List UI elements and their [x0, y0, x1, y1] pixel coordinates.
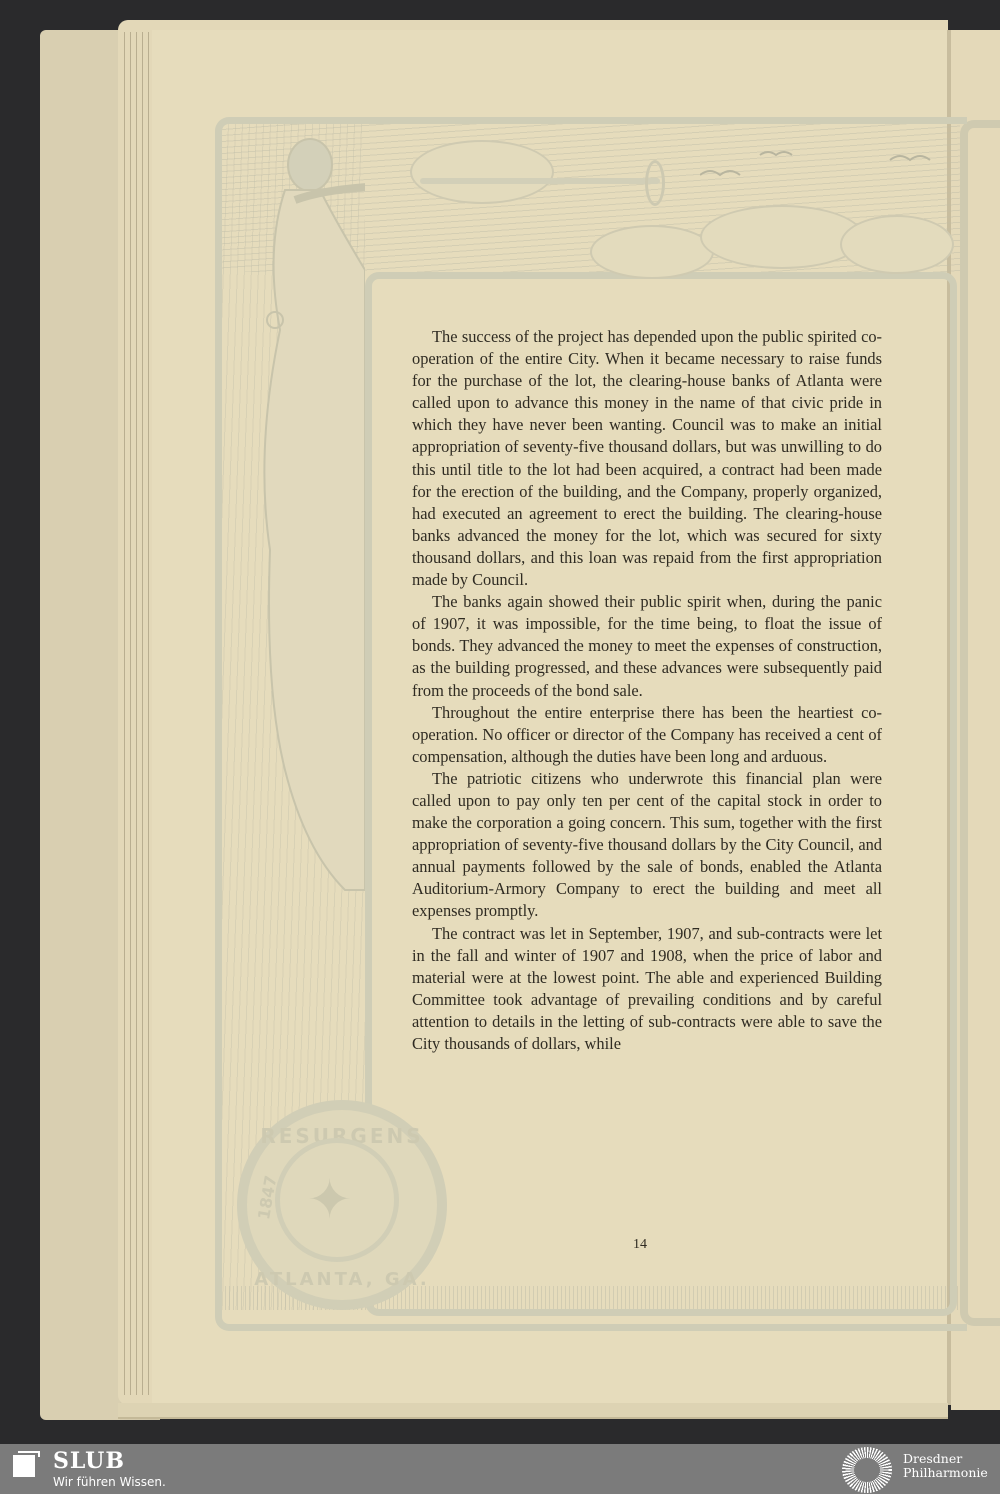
page-number: 14 [620, 1237, 660, 1253]
slub-brand[interactable]: SLUB [53, 1448, 125, 1474]
trumpet-icon [420, 178, 660, 184]
paragraph: The banks again showed their public spir… [412, 591, 882, 701]
cloud-icon [840, 215, 954, 274]
viewer-footer: SLUB Wir führen Wissen. Dresdner Philhar… [0, 1444, 1000, 1494]
page-edge-line [124, 32, 125, 1395]
philharmonie-sunburst-icon[interactable] [842, 1447, 892, 1493]
paragraph: The contract was let in September, 1907,… [412, 923, 882, 1056]
page-edge-line [136, 32, 137, 1395]
paragraph: The success of the project has depended … [412, 326, 882, 591]
page-bottom-edge [118, 1403, 948, 1419]
trumpeter-figure-icon [225, 130, 365, 940]
page-edge-line [130, 32, 131, 1395]
slub-book-icon[interactable] [13, 1451, 43, 1477]
page-edge-line [142, 32, 143, 1395]
seal-city: ATLANTA, GA. [247, 1269, 437, 1290]
philharmonie-line1: Dresdner [903, 1452, 988, 1466]
atlanta-seal: RESURGENS 1847 ✦ ATLANTA, GA. [237, 1100, 447, 1310]
slub-tagline: Wir führen Wissen. [53, 1475, 166, 1489]
cloud-icon [410, 140, 554, 204]
philharmonie-brand[interactable]: Dresdner Philharmonie [903, 1452, 988, 1480]
trumpet-bell-icon [645, 160, 665, 206]
page-edge-line [148, 32, 149, 1395]
cloud-icon [590, 225, 714, 279]
scanned-book-page: RESURGENS 1847 ✦ ATLANTA, GA. The succes… [0, 0, 1000, 1444]
cloud-icon [700, 205, 864, 269]
philharmonie-line2: Philharmonie [903, 1466, 988, 1480]
body-text: The success of the project has depended … [412, 326, 882, 1055]
paragraph: The patriotic citizens who underwrote th… [412, 768, 882, 923]
birds-icon [700, 140, 960, 200]
paragraph: Throughout the entire enterprise there h… [412, 702, 882, 768]
phoenix-icon: ✦ [307, 1168, 352, 1231]
